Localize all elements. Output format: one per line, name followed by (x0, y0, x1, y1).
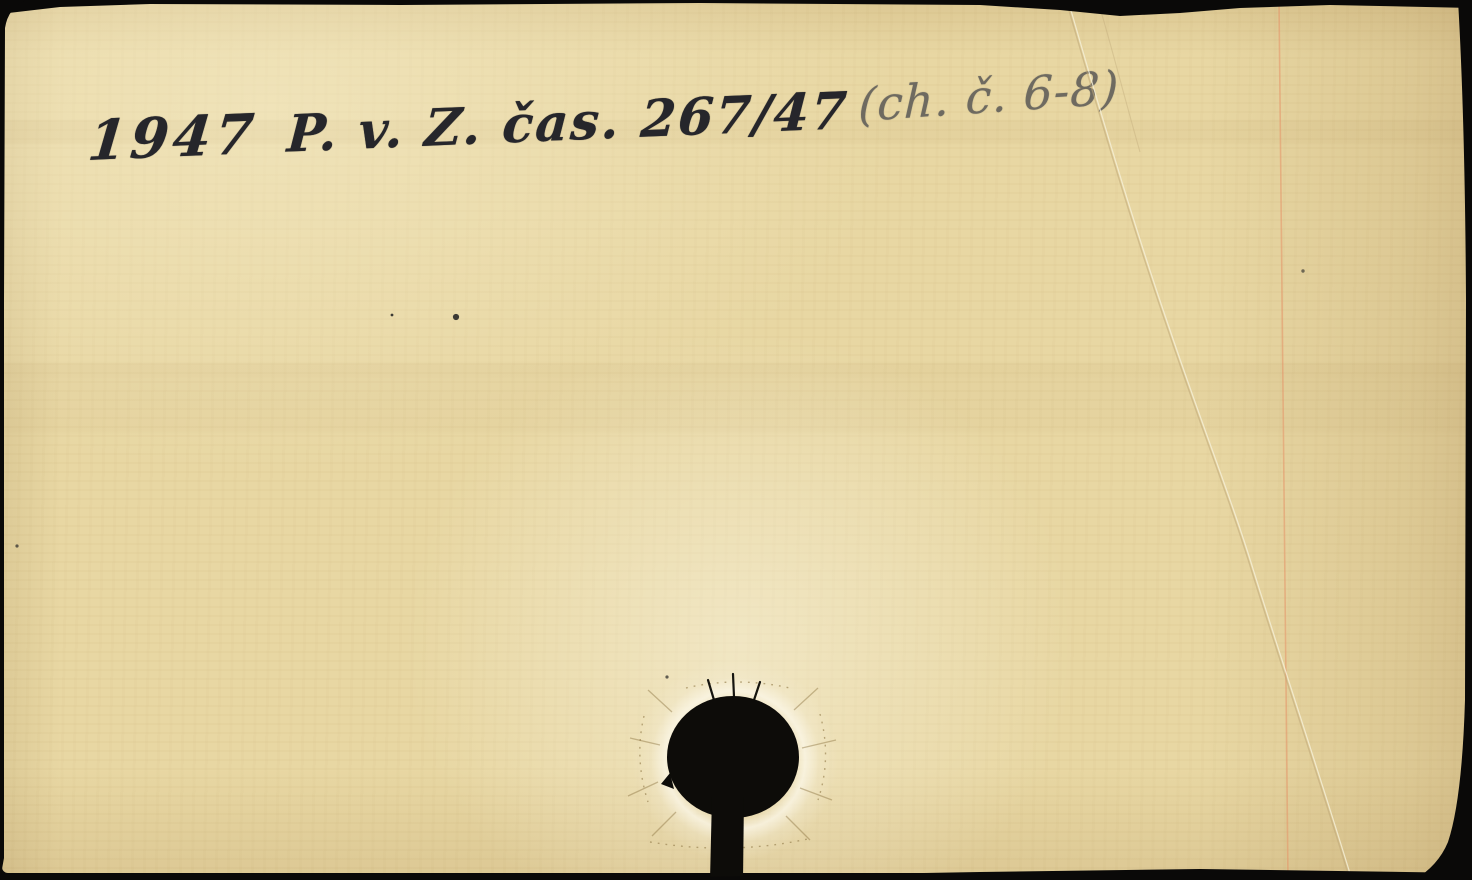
punch-hole-emboss (618, 645, 852, 875)
handwritten-pencil-note: (ch. č. 6-8) (857, 60, 1120, 132)
scan-edge-top (0, 0, 1472, 16)
ink-specks (15, 269, 1304, 678)
handwritten-annotation: 1947P. v. Z. čas. 267/47(ch. č. 6-8) (87, 66, 1089, 173)
scan-edge-right (1414, 0, 1472, 880)
handwritten-year: 1947 (85, 101, 260, 173)
scan-edge-left (0, 0, 26, 880)
crease-line-highlight (1068, 0, 1352, 880)
crease-line (1066, 0, 1350, 880)
ruled-line (1279, 0, 1288, 880)
handwritten-reference: P. v. Z. čas. 267/47 (286, 81, 851, 165)
scan-background: 1947P. v. Z. čas. 267/47(ch. č. 6-8) (0, 0, 1472, 880)
index-card: 1947P. v. Z. čas. 267/47(ch. č. 6-8) (2, 3, 1469, 873)
